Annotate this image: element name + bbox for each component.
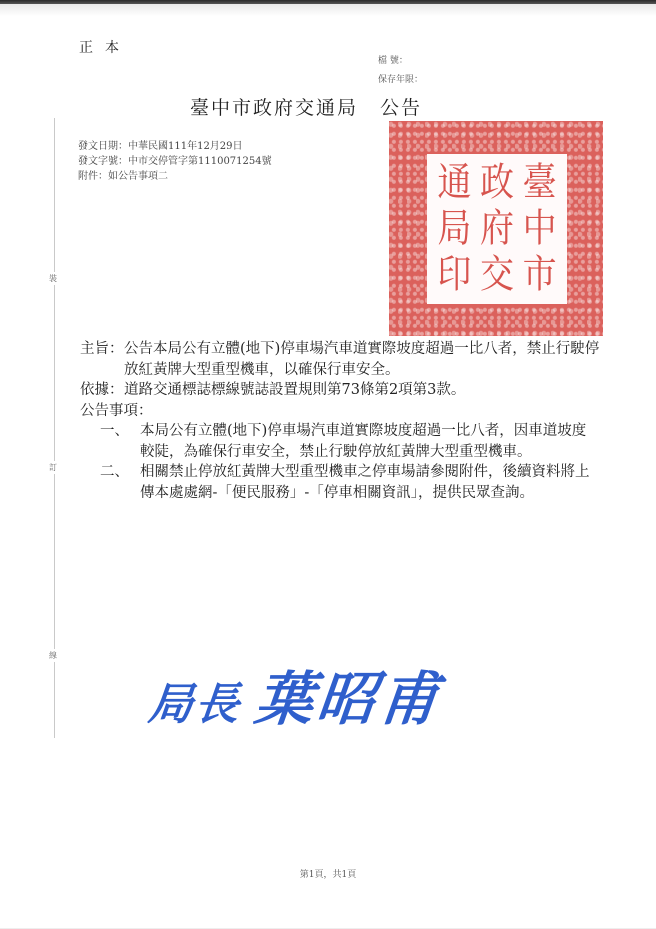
director-signature-stamp: 局長葉昭甫	[146, 652, 447, 736]
seal-char: 政	[476, 157, 519, 210]
issue-date: 發文日期：中華民國111年12月29日	[78, 139, 272, 154]
announcement-body: 主旨： 公告本局公有立體(地下)停車場汽車道實際坡度超過一比八者，禁止行駛停放紅…	[80, 339, 600, 503]
seal-inner-field: 臺 中 市 政 府 交 通 局 印	[427, 154, 567, 304]
item-text: 本局公有立體(地下)停車場汽車道實際坡度超過一比八者，因車道坡度較陡，為確保行車…	[100, 421, 600, 462]
binding-char-zhuang: 裝	[49, 272, 57, 285]
subject-label: 主旨：	[80, 339, 124, 360]
item-number: 一、	[100, 421, 129, 442]
signature-name: 葉昭甫	[252, 665, 445, 733]
document-type: 公告	[380, 97, 422, 119]
file-number-label: 檔 號：	[378, 52, 423, 71]
binding-margin-line	[54, 118, 55, 738]
subject-paragraph: 主旨： 公告本局公有立體(地下)停車場汽車道實際坡度超過一比八者，禁止行駛停放紅…	[80, 339, 600, 380]
basis-text: 道路交通標誌標線號誌設置規則第73條第2項第3款。	[80, 380, 600, 401]
seal-characters: 臺 中 市 政 府 交 通 局 印	[433, 160, 561, 298]
binding-char-ding: 訂	[49, 461, 57, 474]
header-info: 發文日期：中華民國111年12月29日 發文字號：中市交停管字第11100712…	[78, 139, 272, 184]
item-text: 相關禁止停放紅黃牌大型重型機車之停車場請參閱附件，後續資料將上傳本處處網-「便民…	[100, 462, 600, 503]
basis-label: 依據：	[80, 380, 124, 401]
announcement-heading: 公告事項：	[80, 401, 600, 422]
issue-number: 發文字號：中市交停管字第1110071254號	[78, 154, 272, 169]
signature-title: 局長	[146, 679, 243, 730]
binding-char-xian: 線	[49, 649, 57, 662]
seal-char: 中	[518, 203, 561, 256]
seal-char: 臺	[518, 157, 561, 210]
agency-name: 臺中市政府交通局	[190, 97, 358, 119]
seal-char: 市	[518, 249, 561, 302]
announcement-item-2: 二、 相關禁止停放紅黃牌大型重型機車之停車場請參閱附件，後續資料將上傳本處處網-…	[100, 462, 600, 503]
seal-char: 局	[433, 203, 476, 256]
basis-paragraph: 依據： 道路交通標誌標線號誌設置規則第73條第2項第3款。	[80, 380, 600, 401]
seal-char: 通	[433, 157, 476, 210]
top-edge-shadow	[0, 4, 656, 16]
archive-meta: 檔 號： 保存年限：	[378, 52, 423, 90]
subject-text: 公告本局公有立體(地下)停車場汽車道實際坡度超過一比八者，禁止行駛停放紅黃牌大型…	[80, 339, 600, 380]
attachment-note: 附件：如公告事項二	[78, 169, 272, 184]
document-title: 臺中市政府交通局公告	[190, 93, 422, 120]
item-number: 二、	[100, 462, 129, 483]
announcement-item-1: 一、 本局公有立體(地下)停車場汽車道實際坡度超過一比八者，因車道坡度較陡，為確…	[100, 421, 600, 462]
page-indicator: 第1頁，共1頁	[0, 867, 656, 880]
retention-label: 保存年限：	[378, 71, 423, 90]
seal-char: 印	[433, 249, 476, 302]
seal-char: 交	[476, 249, 519, 302]
seal-char: 府	[476, 203, 519, 256]
copy-label: 正本	[79, 37, 131, 57]
official-seal-stamp: 臺 中 市 政 府 交 通 局 印	[389, 121, 603, 336]
